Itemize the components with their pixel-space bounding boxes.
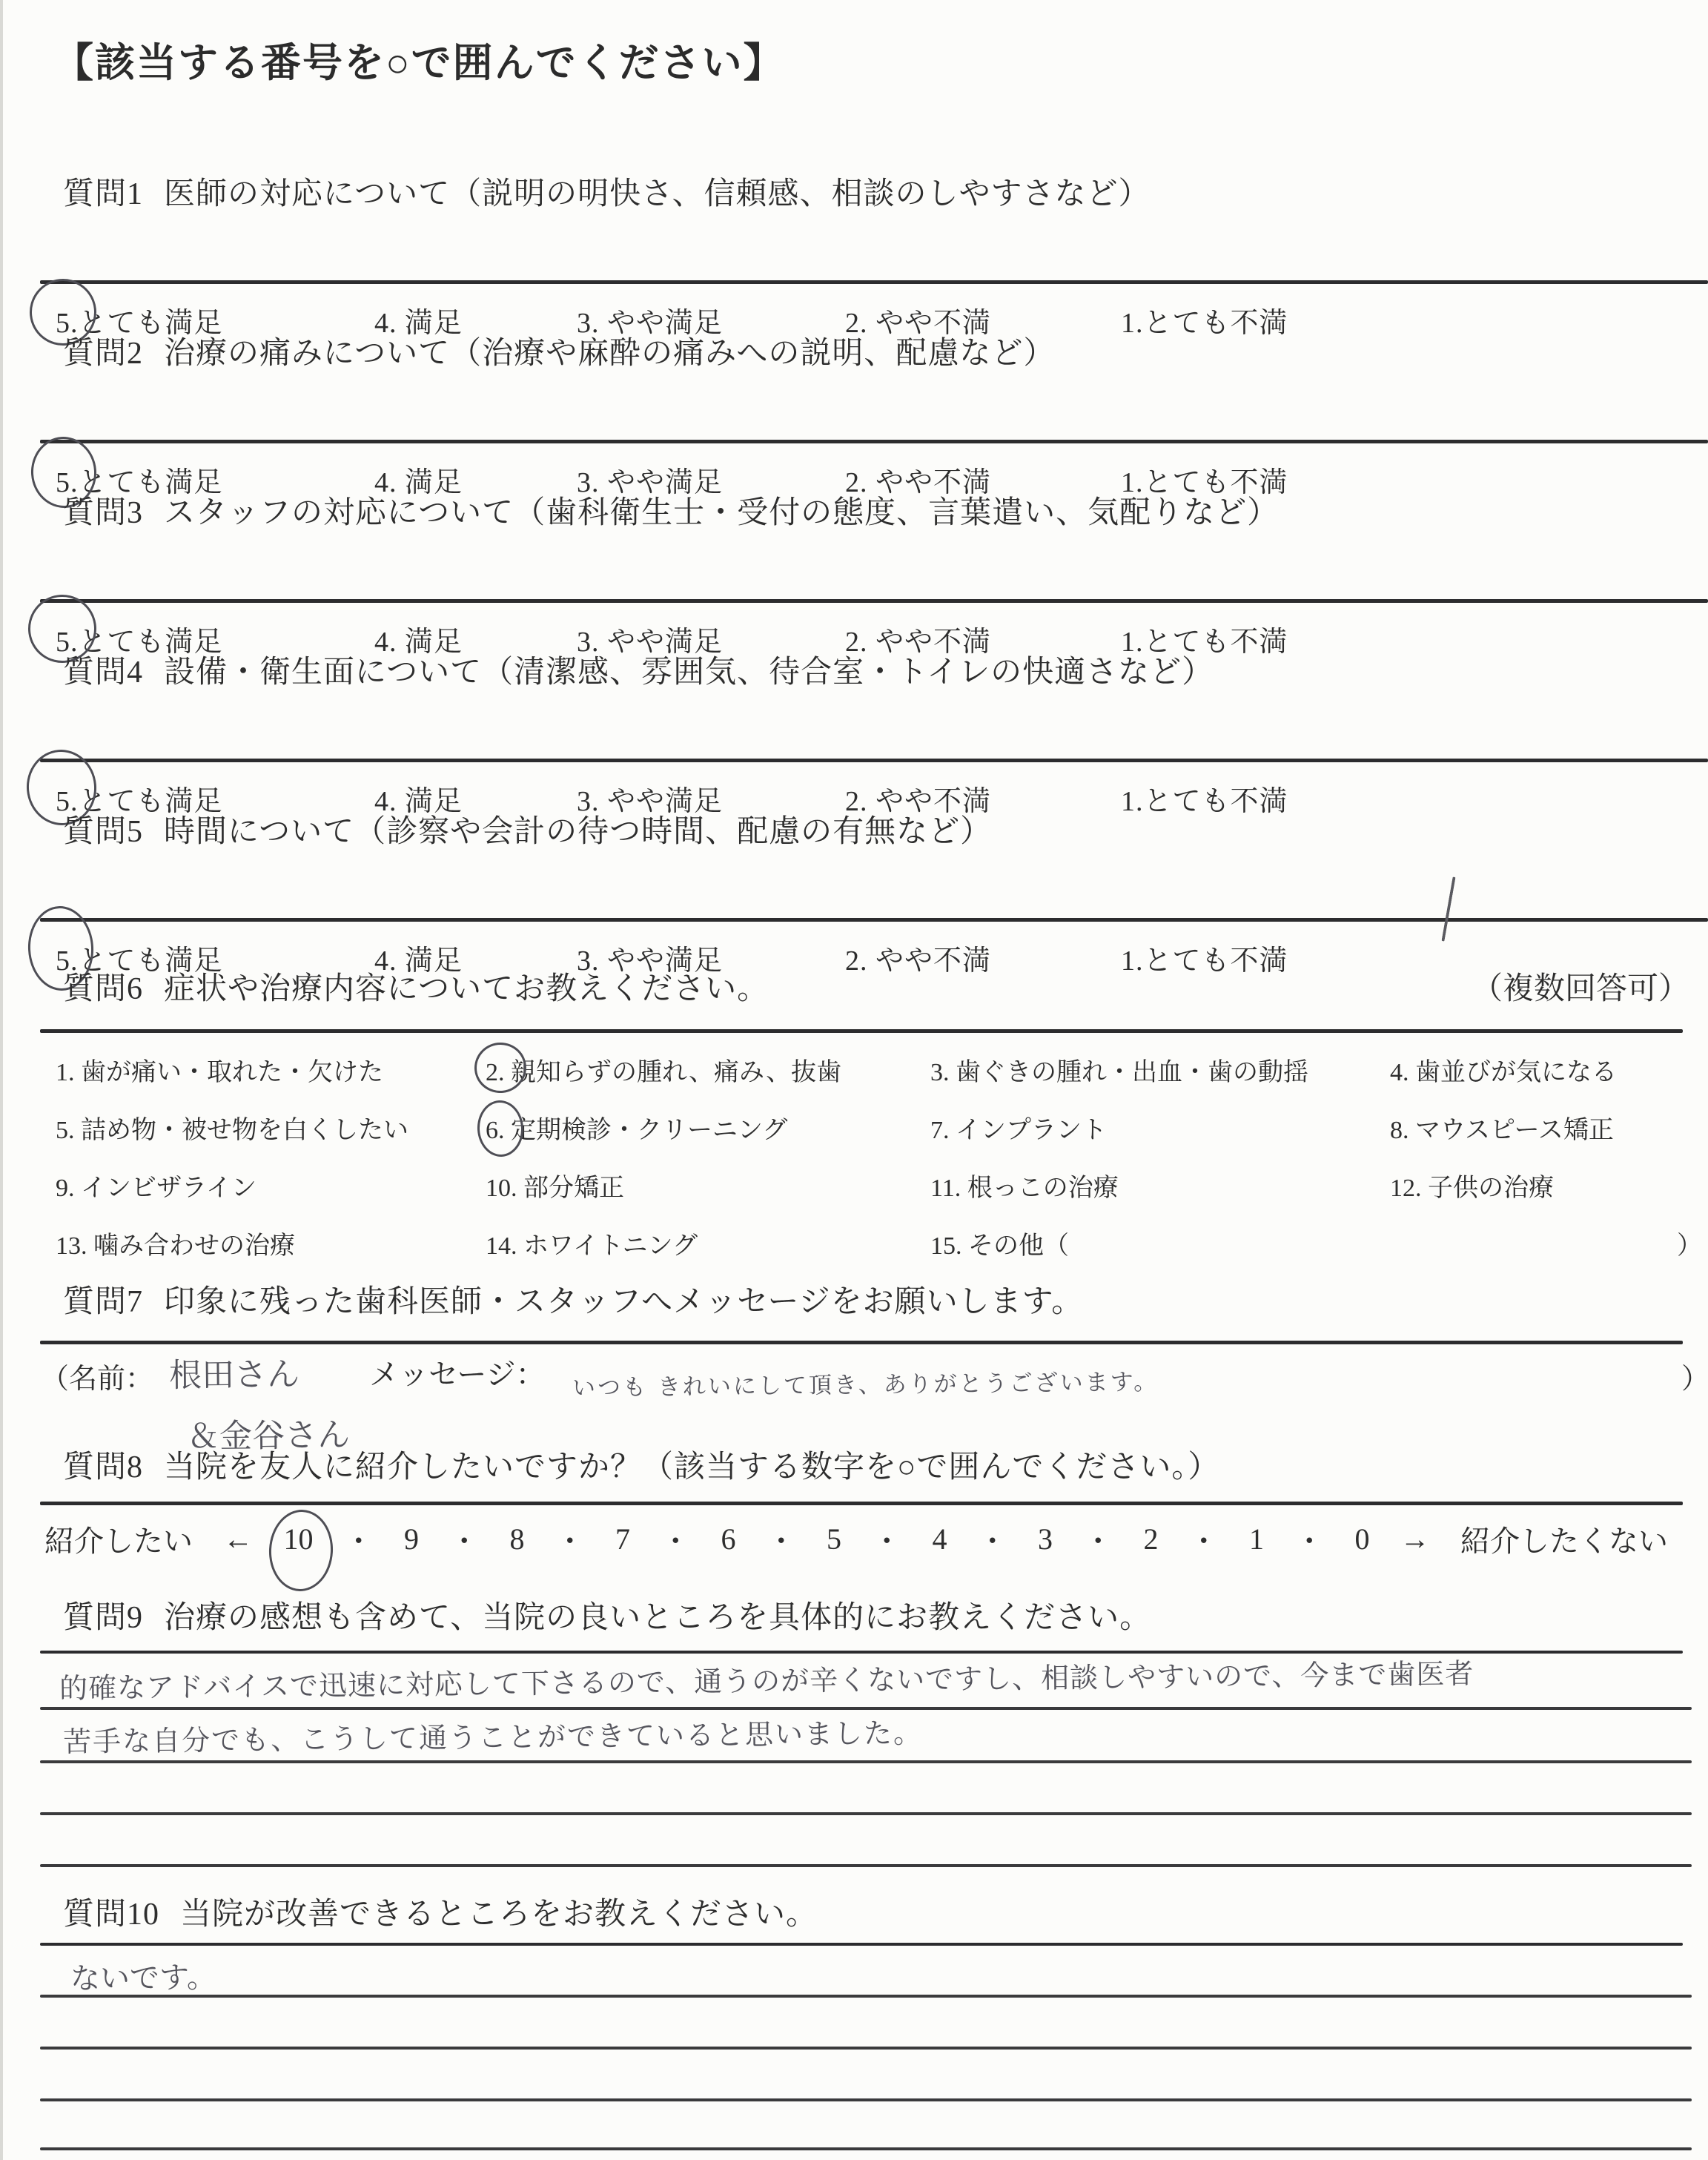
q6-multiple-answers-note: （複数回答可） [1472,964,1689,1008]
q8-left-label: 紹介したい [44,1518,193,1560]
q8-arrow-left: ← [223,1522,253,1556]
question-10-number: 質問10 [63,1898,159,1932]
q6-item-1: 1. 歯が痛い・取れた・欠けた [56,1051,383,1088]
question-2-block: 質問2治療の痛みについて（治療や麻酔の痛みへの説明、配慮など） 5.とても満足 … [0,328,1708,499]
question-9-title: 治療の感想も含めて、当院の良いところを具体的にお教えください。 [164,1601,1151,1635]
q8-dot: ・ [344,1518,374,1560]
question-3-title: スタッフの対応について（歯科衛生士・受付の態度、言葉遣い、気配りなど） [164,496,1279,530]
hand-drawn-circle-q6-answer-6 [476,1099,525,1157]
form-title: 【該当する番号を○で囲んでください】 [53,31,785,88]
question-8-title: 当院を友人に紹介したいですか？（該当する数字を○で囲んでください。） [164,1450,1219,1484]
question-10-rule [40,1943,1683,1946]
question-6-header: 質問6症状や治療内容についてお教えください。 [63,964,769,1008]
q7-handwritten-name-1: 根田さん [169,1347,300,1396]
q8-number-2: 2 [1144,1522,1159,1556]
q6-item-9: 9. インビザライン [56,1167,256,1203]
q8-right-label: 紹介したくない [1460,1518,1668,1560]
hand-drawn-circle-q8-answer-10 [267,1508,335,1593]
q6-item-3: 3. 歯ぐきの腫れ・出血・歯の動揺 [930,1051,1308,1088]
q8-dot: ・ [555,1518,585,1560]
question-4-header: 質問4設備・衛生面について（清潔感、雰囲気、待合室・トイレの快適さなど） [63,647,1214,692]
answer-line [40,1864,1692,1867]
q10-handwritten-answer: ないです。 [70,1954,216,1998]
question-5-rule [40,918,1708,922]
q6-item-12: 12. 子供の治療 [1390,1167,1554,1203]
answer-line [40,1812,1692,1815]
q8-dot: ・ [1294,1518,1324,1560]
question-10-header: 質問10当院が改善できるところをお教えください。 [63,1889,818,1934]
q8-number-9: 9 [404,1522,419,1556]
question-4-title: 設備・衛生面について（清潔感、雰囲気、待合室・トイレの快適さなど） [164,655,1214,690]
question-3-header: 質問3スタッフの対応について（歯科衛生士・受付の態度、言葉遣い、気配りなど） [63,488,1279,532]
question-9-number: 質問9 [63,1601,143,1635]
q8-number-7: 7 [615,1522,630,1556]
q6-other-closing-paren: ） [1677,1225,1702,1261]
question-1-number: 質問1 [63,177,143,211]
q8-number-8: 8 [510,1522,525,1556]
q8-number-0: 0 [1355,1522,1370,1556]
question-6-number: 質問6 [63,972,143,1006]
q8-dot: ・ [1189,1518,1219,1560]
question-7-rule [40,1341,1683,1344]
question-2-number: 質問2 [63,337,143,371]
question-1-title: 医師の対応について（説明の明快さ、信頼感、相談のしやすさなど） [164,177,1150,211]
q6-item-2: 2. 親知らずの腫れ、痛み、抜歯 [486,1051,841,1088]
q9-handwritten-line-1: 的確なアドバイスで迅速に対応して下さるので、通うのが辛くないですし、相談しやすい… [59,1651,1474,1706]
q8-dot: ・ [872,1518,901,1560]
question-3-rule [40,599,1708,603]
question-9-header: 質問9治療の感想も含めて、当院の良いところを具体的にお教えください。 [63,1593,1151,1637]
question-2-rule [40,440,1708,443]
q6-item-14: 14. ホワイトニング [486,1225,698,1261]
question-4-rule [40,759,1708,762]
answer-line [40,1760,1692,1763]
q8-dot: ・ [1083,1518,1113,1560]
answer-line [40,1995,1692,1998]
question-8-rule [40,1502,1683,1505]
q6-item-7: 7. インプラント [930,1109,1107,1146]
survey-page: 【該当する番号を○で囲んでください】 質問1医師の対応について（説明の明快さ、信… [0,0,1708,2160]
question-8-block: 質問8当院を友人に紹介したいですか？（該当する数字を○で囲んでください。） 紹介… [0,1442,1708,1591]
question-7-header: 質問7印象に残った歯科医師・スタッフへメッセージをお願いします。 [63,1277,1083,1321]
question-5-header: 質問5時間について（診察や会計の待つ時間、配慮の有無など） [63,807,992,851]
q6-item-10: 10. 部分矯正 [486,1167,624,1203]
question-10-title: 当院が改善できるところをお教えください。 [180,1898,818,1932]
q6-item-13: 13. 噛み合わせの治療 [56,1225,295,1261]
q9-handwritten-line-2: 苦手な自分でも、こうして通うことができていると思いました。 [63,1710,924,1760]
answer-line [40,2047,1692,2050]
question-4-number: 質問4 [63,655,143,690]
question-7-title: 印象に残った歯科医師・スタッフへメッセージをお願いします。 [164,1285,1083,1319]
question-6-block: 質問6症状や治療内容についてお教えください。 （複数回答可） 1. 歯が痛い・取… [0,964,1708,1275]
question-2-header: 質問2治療の痛みについて（治療や麻酔の痛みへの説明、配慮など） [63,328,1055,373]
question-10-block: 質問10当院が改善できるところをお教えください。 ないです。 [0,1889,1708,2156]
question-1-header: 質問1医師の対応について（説明の明快さ、信頼感、相談のしやすさなど） [63,169,1151,214]
answer-line [40,2147,1692,2150]
question-7-block: 質問7印象に残った歯科医師・スタッフへメッセージをお願いします。 （名前： 根田… [0,1277,1708,1440]
q6-item-8: 8. マウスピース矯正 [1390,1109,1614,1146]
q7-closing-paren: ） [1681,1355,1708,1396]
q6-item-5: 5. 詰め物・被せ物を白くしたい [56,1109,408,1146]
question-8-number: 質問8 [63,1450,143,1484]
q8-dot: ・ [661,1518,690,1560]
q7-message-label: メッセージ： [369,1351,546,1393]
q6-item-4: 4. 歯並びが気になる [1390,1051,1617,1088]
q8-number-5: 5 [827,1522,841,1556]
question-6-title: 症状や治療内容についてお教えください。 [164,972,769,1006]
question-2-title: 治療の痛みについて（治療や麻酔の痛みへの説明、配慮など） [164,337,1055,371]
q6-item-6: 6. 定期検診・クリーニング [486,1109,787,1146]
q8-recommendation-scale: 紹介したい ← 10 ・ 9 ・ 8 ・ 7 ・ 6 ・ 5 ・ 4 ・ 3 ・… [44,1518,1668,1560]
q8-dot: ・ [978,1518,1007,1560]
question-4-block: 質問4設備・衛生面について（清潔感、雰囲気、待合室・トイレの快適さなど） 5.と… [0,647,1708,818]
q8-number-3: 3 [1038,1522,1053,1556]
q6-item-15: 15. その他（ [930,1225,1069,1261]
q8-dot: ・ [449,1518,479,1560]
q8-arrow-right: → [1400,1522,1430,1556]
question-1-rule [40,280,1708,284]
question-3-number: 質問3 [63,496,143,530]
q6-item-11: 11. 根っこの治療 [930,1167,1119,1203]
q8-number-10: 10 [284,1522,314,1556]
q8-dot: ・ [767,1518,796,1560]
q8-number-4: 4 [933,1522,947,1556]
question-5-title: 時間について（診察や会計の待つ時間、配慮の有無など） [164,815,992,849]
q8-number-6: 6 [721,1522,736,1556]
question-1-block: 質問1医師の対応について（説明の明快さ、信頼感、相談のしやすさなど） 5.とても… [0,169,1708,340]
question-5-number: 質問5 [63,815,143,849]
answer-line [40,1707,1692,1710]
question-6-rule [40,1029,1683,1033]
question-8-header: 質問8当院を友人に紹介したいですか？（該当する数字を○で囲んでください。） [63,1442,1219,1487]
question-9-block: 質問9治療の感想も含めて、当院の良いところを具体的にお教えください。 的確なアド… [0,1593,1708,1882]
q8-number-1: 1 [1249,1522,1264,1556]
question-3-block: 質問3スタッフの対応について（歯科衛生士・受付の態度、言葉遣い、気配りなど） 5… [0,488,1708,658]
q7-name-label: （名前： [41,1355,153,1396]
answer-line [40,2098,1692,2101]
q7-handwritten-message: いつも きれいにして頂き、ありがとうございます。 [572,1363,1159,1402]
question-7-number: 質問7 [63,1285,143,1319]
